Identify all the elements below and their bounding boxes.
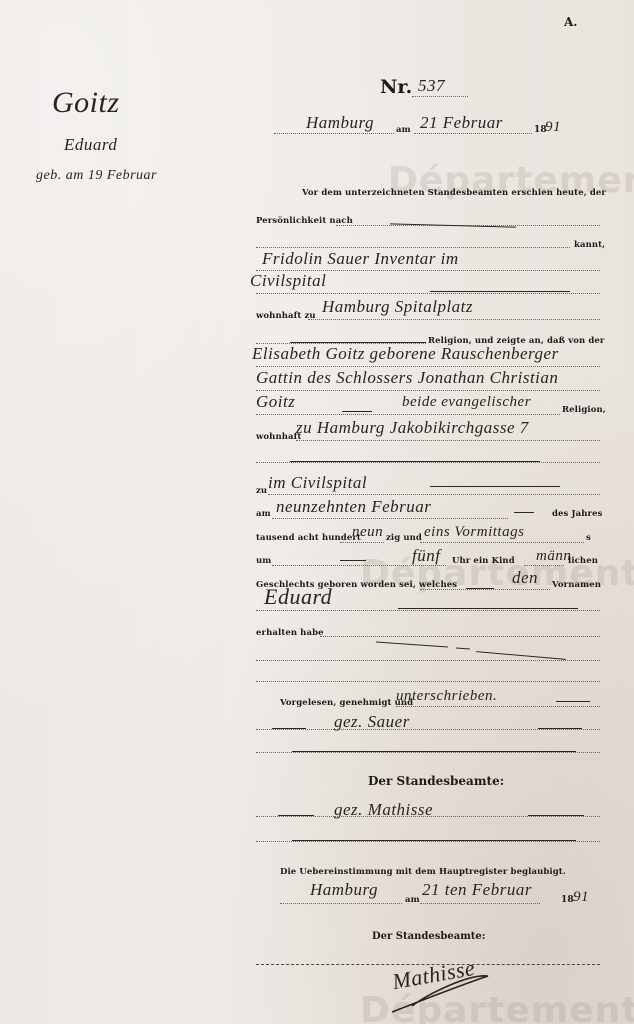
mother-name: Elisabeth Goitz geborene Rauschenberger	[252, 344, 559, 364]
header-am-label: am	[396, 125, 411, 135]
document-page: Département Département Département A. G…	[0, 0, 634, 1024]
margin-given-name: Eduard	[64, 135, 117, 155]
certification-place: Hamburg	[310, 880, 378, 900]
um-label: um	[256, 556, 271, 566]
year-tens: neun	[352, 524, 383, 541]
birth-place: im Civilspital	[268, 473, 367, 493]
header-date: 21 Februar	[420, 113, 503, 133]
den-word: den	[512, 568, 538, 588]
informant-name: Fridolin Sauer Inventar im	[262, 249, 459, 269]
child-name: Eduard	[264, 584, 332, 610]
year-suffix-s: s	[586, 533, 591, 543]
vorgelesen-label: Vorgelesen, genehmigt und	[280, 698, 413, 708]
informant-address: Hamburg Spitalplatz	[322, 297, 473, 317]
birth-day: neunzehnten Februar	[276, 497, 431, 517]
vornamen-label: Vornamen	[552, 580, 601, 590]
des-jahres-label: des Jahres	[552, 509, 602, 519]
certification-year: 91	[573, 889, 589, 906]
erhalten-label: erhalten habe	[256, 628, 324, 638]
mother-surname: Goitz	[256, 392, 295, 412]
zig-und-label: zig und	[386, 533, 422, 543]
mother-religion: beide evangelischer	[402, 394, 531, 411]
official-signature: gez. Mathisse	[334, 800, 433, 820]
form-letter: A.	[564, 15, 578, 29]
wohnhaft-label: wohnhaft zu	[256, 311, 316, 321]
kannt-label: kannt,	[574, 240, 605, 250]
certification-date: 21 ten Februar	[422, 880, 532, 900]
zu-label: zu	[256, 486, 267, 496]
birth-hour: fünf	[412, 546, 440, 566]
uhr-kind-label: Uhr ein Kind	[452, 556, 515, 566]
certification-am-label: am	[405, 895, 420, 905]
record-number: 537	[418, 76, 445, 96]
margin-surname: Goitz	[52, 86, 120, 120]
informant-place: Civilspital	[250, 271, 326, 291]
certification-year-prefix: 18	[561, 895, 574, 905]
certification-text: Die Uebereinstimmung mit dem Hauptregist…	[280, 867, 566, 877]
year-ones: eins Vormittags	[424, 524, 524, 541]
lichen-label: lichen	[568, 556, 598, 566]
header-place: Hamburg	[306, 113, 374, 133]
vorgelesen-value: unterschrieben.	[396, 688, 497, 705]
official-heading: Der Standesbeamte:	[368, 774, 504, 788]
signature-flourish-icon	[388, 966, 498, 1016]
child-sex: männ	[536, 548, 571, 565]
am-label: am	[256, 509, 271, 519]
certification-official-heading: Der Standesbeamte:	[372, 931, 485, 942]
margin-birth-note: geb. am 19 Februar	[36, 168, 157, 184]
mother-address: zu Hamburg Jakobikirchgasse 7	[296, 418, 529, 438]
wohnhaft-label-2: wohnhaft	[256, 432, 301, 442]
intro-line: Vor dem unterzeichneten Standesbeamten e…	[302, 188, 606, 198]
record-number-label: Nr.	[380, 76, 412, 98]
religion-label: Religion,	[562, 405, 606, 415]
mother-spouse: Gattin des Schlossers Jonathan Christian	[256, 368, 558, 388]
header-year: 91	[545, 119, 561, 136]
